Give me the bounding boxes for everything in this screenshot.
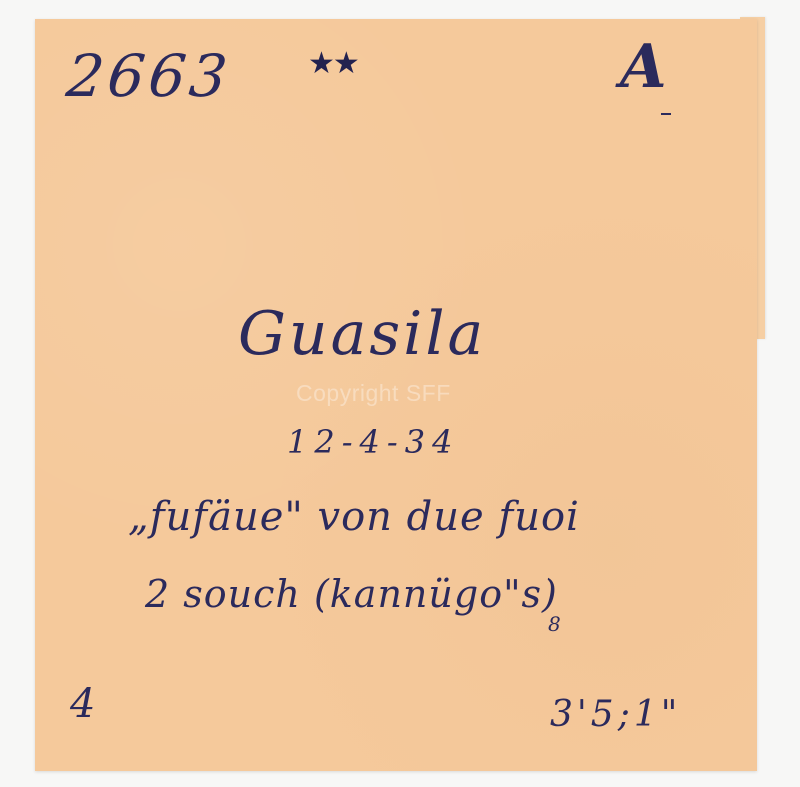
specimen-count: 4: [70, 684, 95, 724]
copyright-watermark: Copyright SFF: [296, 380, 451, 407]
specimen-label-card: 2663 ★★ A Guasila Copyright SFF 12-4-34 …: [35, 19, 757, 771]
grade-letter: A: [620, 37, 667, 97]
collection-date: 12-4-34: [287, 426, 459, 458]
star-rating-icon: ★★: [308, 49, 358, 79]
grade-underline: [661, 113, 671, 115]
locality-name: Guasila: [238, 304, 486, 364]
measurement: 3'5;1": [550, 697, 681, 733]
note-line-2: 2 souch (kannügo"s): [145, 575, 558, 613]
note-line-1: „fufäue" von due fuoi: [128, 497, 580, 537]
catalog-number: 2663: [64, 47, 234, 105]
note-subscript: 8: [548, 612, 561, 636]
